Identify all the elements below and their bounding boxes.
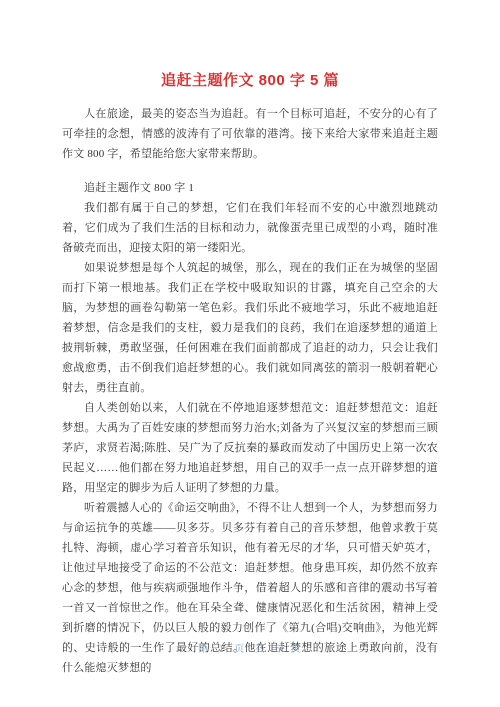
essay-paragraph-2: 如果说梦想是每个人筑起的城堡，那么，现在的我们正在为城堡的坚固而打下第一根地基。… [62, 258, 438, 398]
section-heading: 追赶主题作文 800 字 1 [62, 178, 438, 198]
document-title: 追赶主题作文 800 字 5 篇 [62, 70, 438, 92]
intro-paragraph: 人在旅途，最美的姿态当为追赶。有一个目标可追赶，不安分的心有了可牵挂的念想，情感… [62, 104, 438, 164]
essay-paragraph-3: 自人类创始以来，人们就在不停地追逐梦想范文：追赶梦想范文：追赶梦想。大禹为了百姓… [62, 398, 438, 498]
document-page: 追赶主题作文 800 字 5 篇 人在旅途，最美的姿态当为追赶。有一个目标可追赶… [0, 0, 500, 707]
page-number-footer: 第 1 页 共 6 页 [0, 643, 500, 657]
essay-paragraph-1: 我们都有属于自己的梦想，它们在我们年轻而不安的心中激烈地跳动着，它们成为了我们生… [62, 198, 438, 258]
